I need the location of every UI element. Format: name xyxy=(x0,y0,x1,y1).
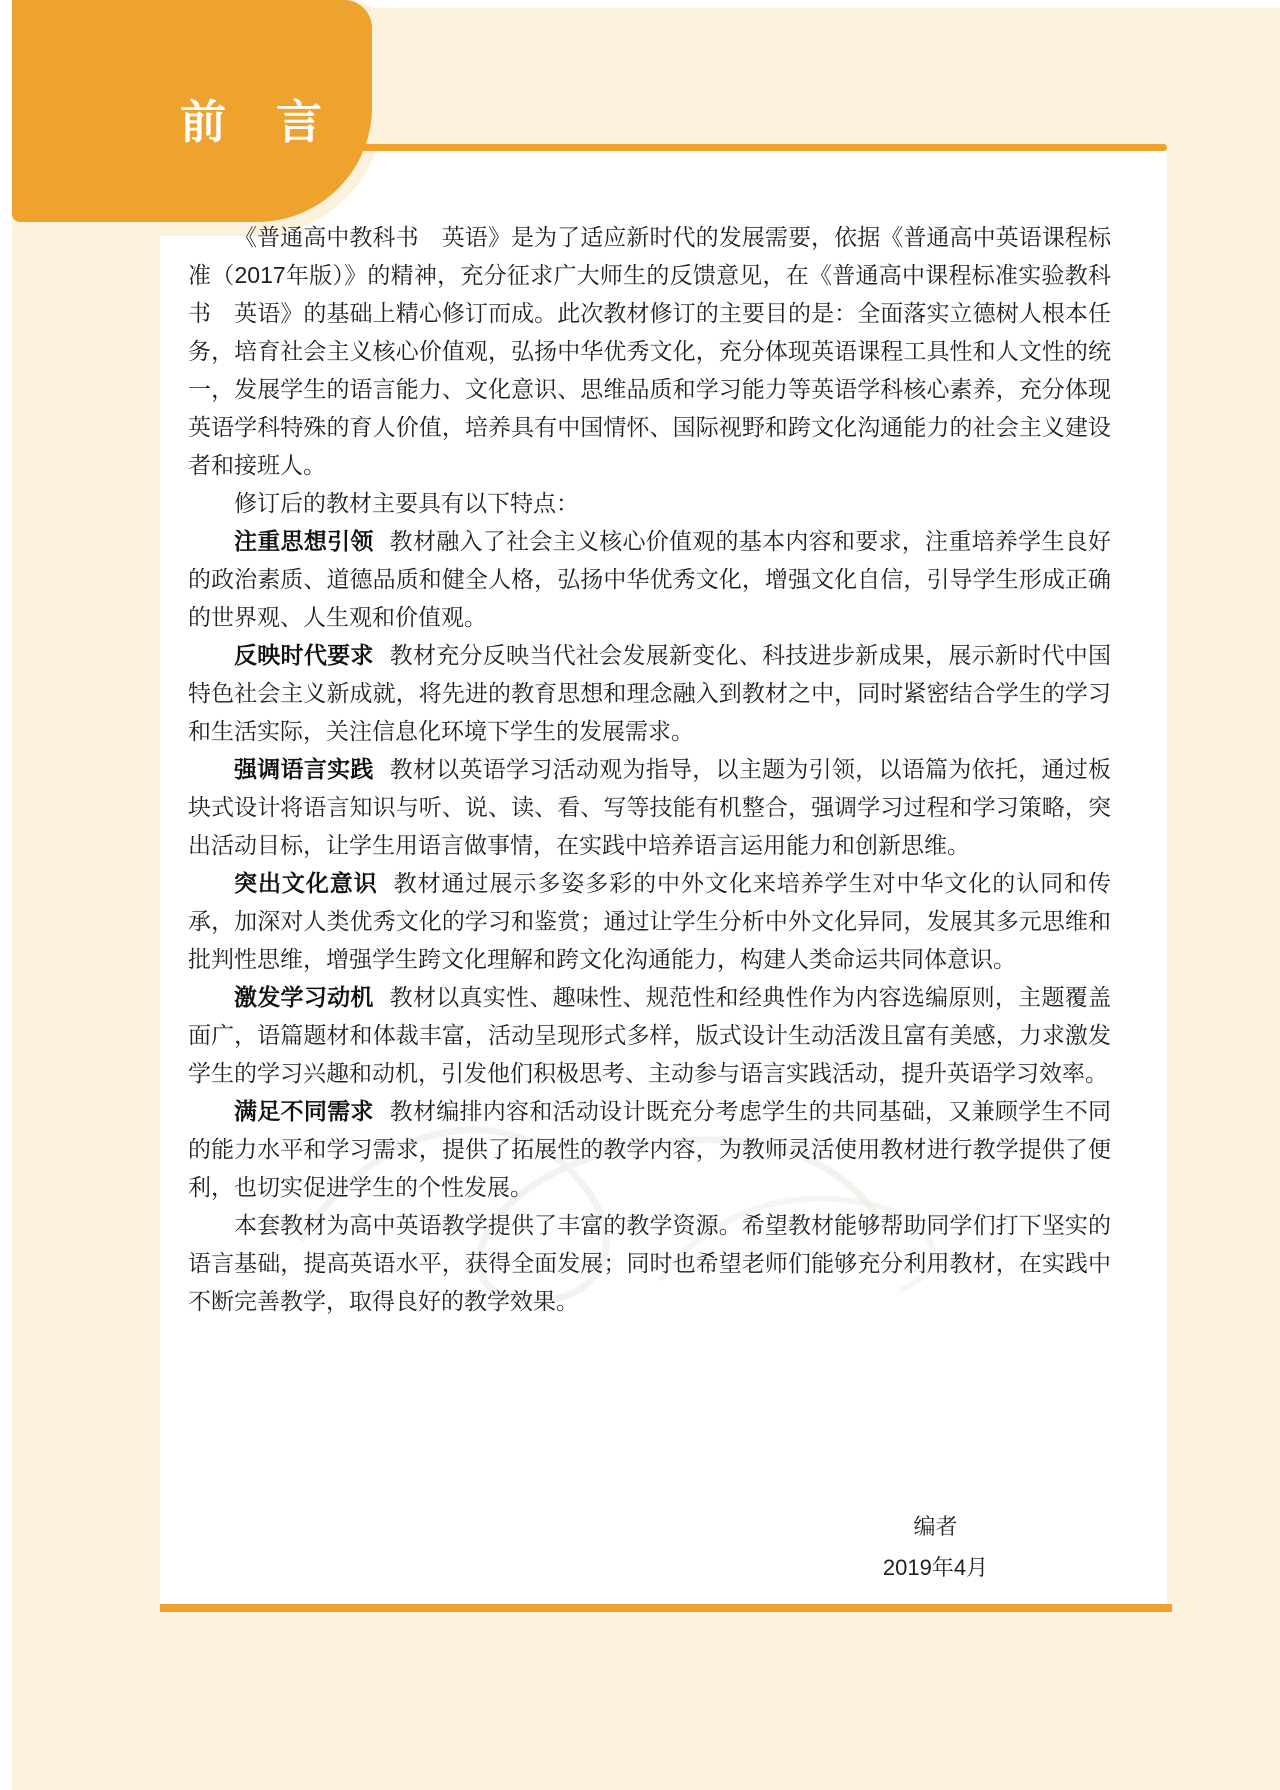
preface-paragraph-6: 突出文化意识教材通过展示多姿多彩的中外文化来培养学生对中华文化的认同和传承，加深… xyxy=(188,864,1111,978)
paragraph-text: 本套教材为高中英语教学提供了丰富的教学资源。希望教材能够帮助同学们打下坚实的语言… xyxy=(188,1212,1111,1314)
paragraph-lead: 满足不同需求 xyxy=(234,1098,374,1124)
page-title: 前 言 xyxy=(180,86,324,152)
paragraph-text: 修订后的教材主要具有以下特点： xyxy=(234,490,579,516)
signature-author: 编者 xyxy=(818,1506,1053,1547)
preface-paragraph-8: 满足不同需求教材编排内容和活动设计既充分考虑学生的共同基础，又兼顾学生不同的能力… xyxy=(188,1092,1111,1206)
preface-paragraph-3: 注重思想引领教材融入了社会主义核心价值观的基本内容和要求，注重培养学生良好的政治… xyxy=(188,522,1111,636)
preface-page: 前 言 《普通高中教科书 英语》是为了适应新时代的发展需要，依据《普通高中英语课… xyxy=(0,0,1280,1790)
signature-block: 编者 2019年4月 xyxy=(818,1506,1053,1588)
paragraph-lead: 激发学习动机 xyxy=(234,984,374,1010)
top-orange-rule xyxy=(348,144,1167,151)
paragraph-lead: 突出文化意识 xyxy=(234,870,378,896)
preface-paragraph-5: 强调语言实践教材以英语学习活动观为指导，以主题为引领，以语篇为依托，通过板块式设… xyxy=(188,750,1111,864)
preface-paragraph-9: 本套教材为高中英语教学提供了丰富的教学资源。希望教材能够帮助同学们打下坚实的语言… xyxy=(188,1206,1111,1320)
preface-paragraph-7: 激发学习动机教材以真实性、趣味性、规范性和经典性作为内容选编原则，主题覆盖面广，… xyxy=(188,978,1111,1092)
bottom-orange-rule xyxy=(160,1604,1172,1612)
paragraph-text: 《普通高中教科书 英语》是为了适应新时代的发展需要，依据《普通高中英语课程标准（… xyxy=(188,224,1111,478)
preface-paragraph-1: 《普通高中教科书 英语》是为了适应新时代的发展需要，依据《普通高中英语课程标准（… xyxy=(188,218,1111,484)
preface-paragraph-2: 修订后的教材主要具有以下特点： xyxy=(188,484,1111,522)
preface-paragraph-4: 反映时代要求教材充分反映当代社会发展新变化、科技进步新成果，展示新时代中国特色社… xyxy=(188,636,1111,750)
paragraph-lead: 反映时代要求 xyxy=(234,642,374,668)
signature-date: 2019年4月 xyxy=(818,1547,1053,1588)
preface-body: 《普通高中教科书 英语》是为了适应新时代的发展需要，依据《普通高中英语课程标准（… xyxy=(188,218,1111,1320)
paragraph-lead: 注重思想引领 xyxy=(234,528,374,554)
paragraph-lead: 强调语言实践 xyxy=(234,756,374,782)
